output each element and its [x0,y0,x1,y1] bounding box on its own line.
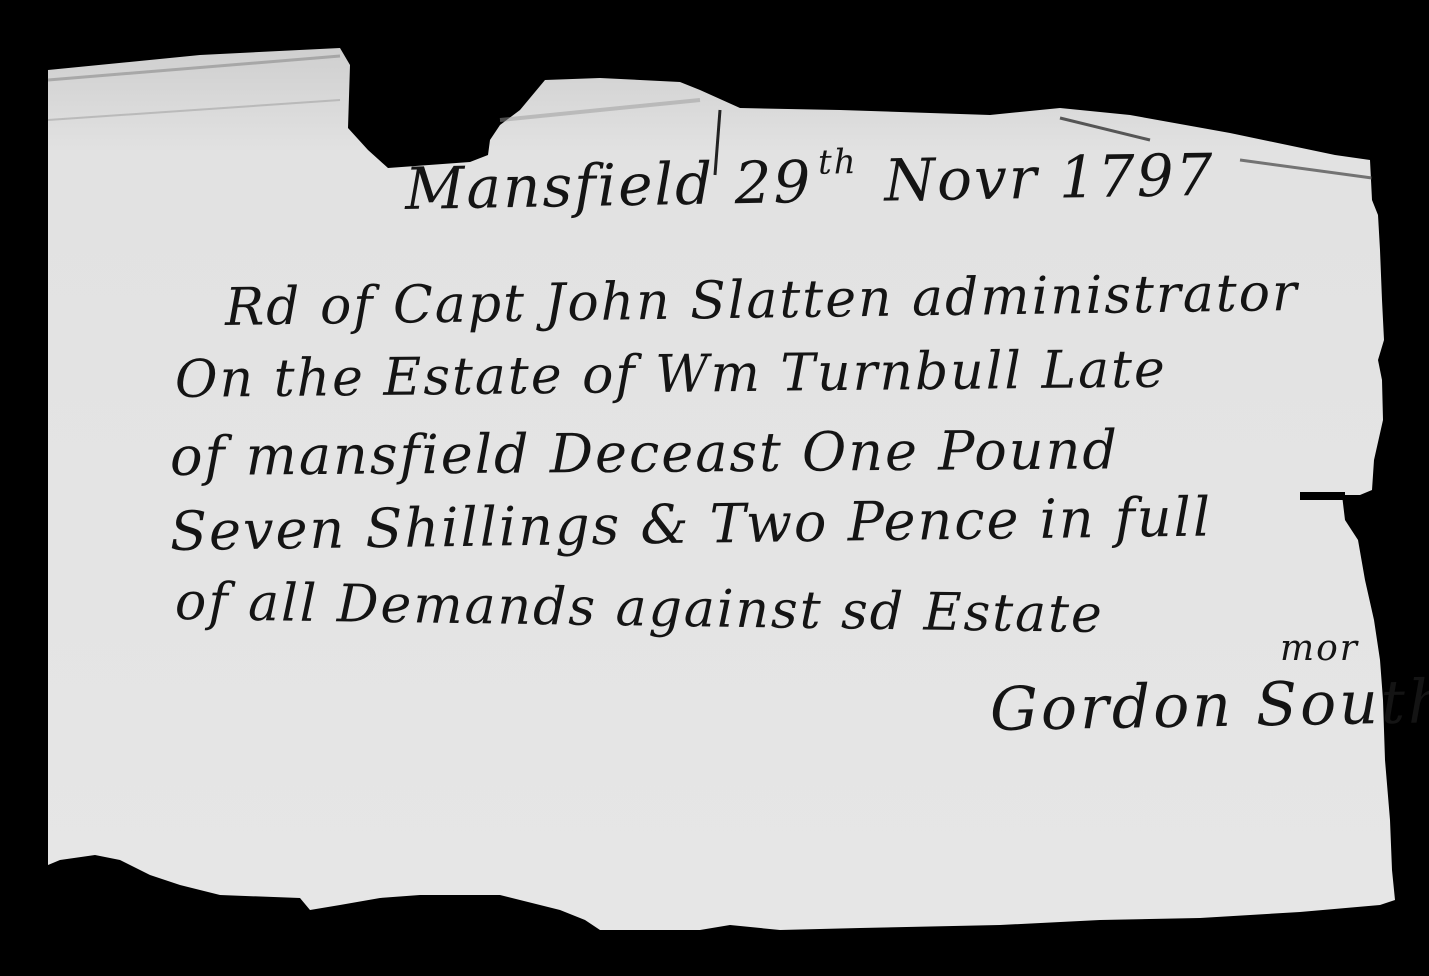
date-day-suffix: th [818,142,858,183]
date-year: 1797 [1058,141,1215,212]
body-line-estate: On the Estate of Wm Turnbull Late [175,340,1167,410]
date-line: Mansfield 29th Novr 1797 [404,136,1215,223]
date-place: Mansfield [404,150,714,223]
date-month: Novr [884,144,1039,215]
date-day: 29 [734,148,813,217]
margin-note: mor [1280,628,1359,669]
signature: Gordon South [989,667,1429,745]
body-line-amount-pound: of mansfield Deceast One Pound [170,418,1119,488]
document-scan: Mansfield 29th Novr 1797 Rd of Capt John… [0,0,1429,976]
